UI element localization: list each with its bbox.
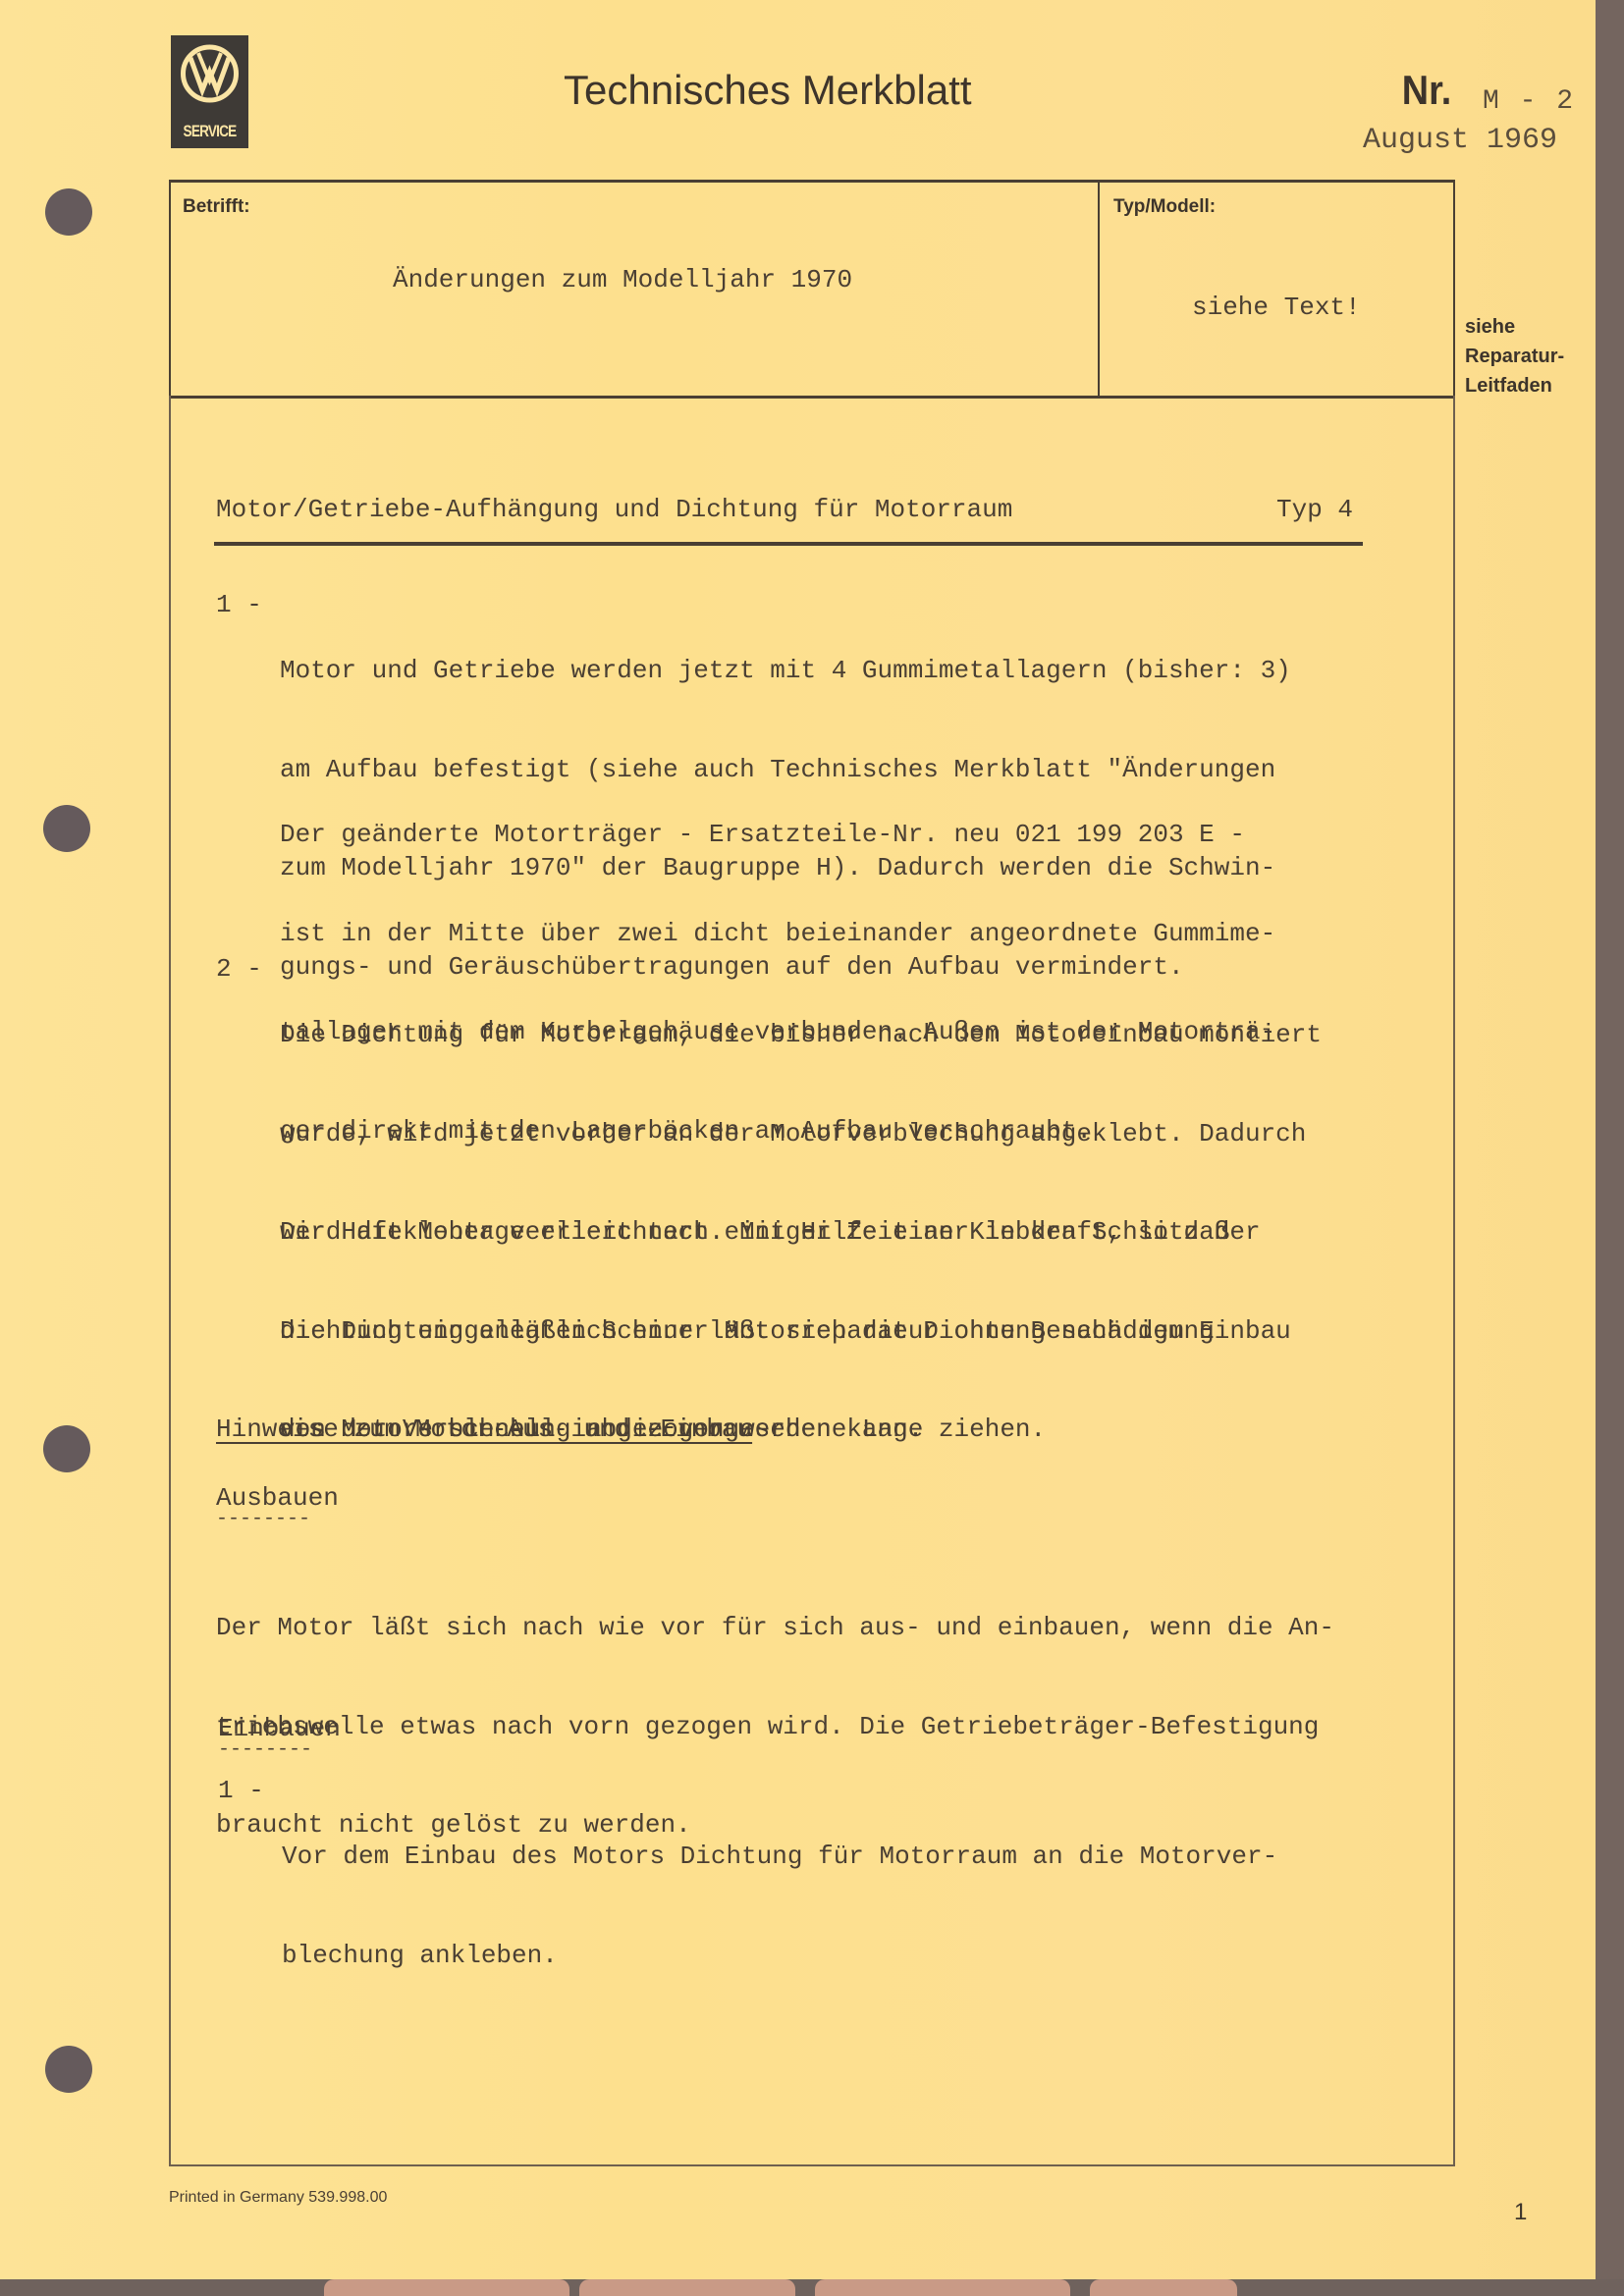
punch-hole: [45, 188, 92, 236]
number-label: Nr.: [1402, 67, 1451, 114]
text-line: Motor und Getriebe werden jetzt mit 4 Gu…: [280, 655, 1291, 688]
issue-date: August 1969: [1363, 124, 1557, 157]
text-line: blechung ankleben.: [282, 1940, 1277, 1973]
margin-note: siehe Reparatur- Leitfaden: [1465, 312, 1564, 400]
finger: [324, 2279, 569, 2296]
background-edge-bottom: [0, 2279, 1624, 2296]
section2-heading: Hinweise zum Motor-Aus- und -Einbau: [216, 1414, 752, 1447]
finger: [579, 2279, 795, 2296]
section-rule: [214, 542, 1363, 546]
text-line: wurde, wird jetzt vorher an der Motorver…: [280, 1118, 1322, 1151]
logo-service-text: SERVICE: [179, 122, 241, 141]
document-title: Technisches Merkblatt: [564, 67, 972, 114]
text-line: Die Dichtung für Motorraum, die bisher n…: [280, 1019, 1322, 1052]
text-line: Vor dem Einbau des Motors Dichtung für M…: [282, 1841, 1277, 1874]
text-line: ist in der Mitte über zwei dicht beieina…: [280, 918, 1275, 951]
vw-emblem-icon: [177, 41, 243, 110]
background-edge: [1596, 0, 1624, 2296]
punch-hole: [43, 805, 90, 852]
text-line: Der Motor läßt sich nach wie vor für sic…: [216, 1612, 1334, 1645]
typ-modell-value: siehe Text!: [1192, 293, 1361, 322]
info-box-divider: [1098, 183, 1100, 396]
vw-service-logo: SERVICE: [171, 35, 248, 148]
heading-dashes: --------: [218, 1738, 312, 1761]
typ-modell-label: Typ/Modell:: [1113, 196, 1216, 218]
text-line: triebswelle etwas nach vorn gezogen wird…: [216, 1711, 1334, 1744]
section-type: Typ 4: [1276, 494, 1353, 527]
number-value: M - 2: [1483, 86, 1575, 117]
text-line: Der Haftkleber verliert nach einiger Zei…: [280, 1216, 1229, 1250]
item-number: 1 -: [218, 1775, 264, 1808]
margin-note-line: Reparatur-: [1465, 342, 1564, 371]
margin-note-line: Leitfaden: [1465, 371, 1564, 400]
text-line: die Dichtung anläßlich einer Motorrepara…: [280, 1315, 1229, 1349]
heading-dashes: --------: [216, 1508, 310, 1530]
printed-note: Printed in Germany 539.998.00: [169, 2189, 387, 2207]
text-line: Der geänderte Motorträger - Ersatzteile-…: [280, 819, 1275, 852]
item-number: 2 -: [216, 953, 262, 987]
info-box: Betrifft: Änderungen zum Modelljahr 1970…: [169, 180, 1455, 399]
subject-text: Änderungen zum Modelljahr 1970: [393, 265, 852, 294]
einbauen-text: Vor dem Einbau des Motors Dichtung für M…: [282, 1775, 1277, 2005]
punch-hole: [45, 2046, 92, 2093]
finger: [815, 2279, 1070, 2296]
page-number: 1: [1514, 2199, 1527, 2226]
item-number: 1 -: [216, 589, 262, 622]
betrifft-label: Betrifft:: [183, 196, 250, 218]
finger: [1090, 2279, 1237, 2296]
margin-note-line: siehe: [1465, 312, 1564, 342]
punch-hole: [43, 1425, 90, 1472]
section-heading: Motor/Getriebe-Aufhängung und Dichtung f…: [216, 494, 1012, 527]
